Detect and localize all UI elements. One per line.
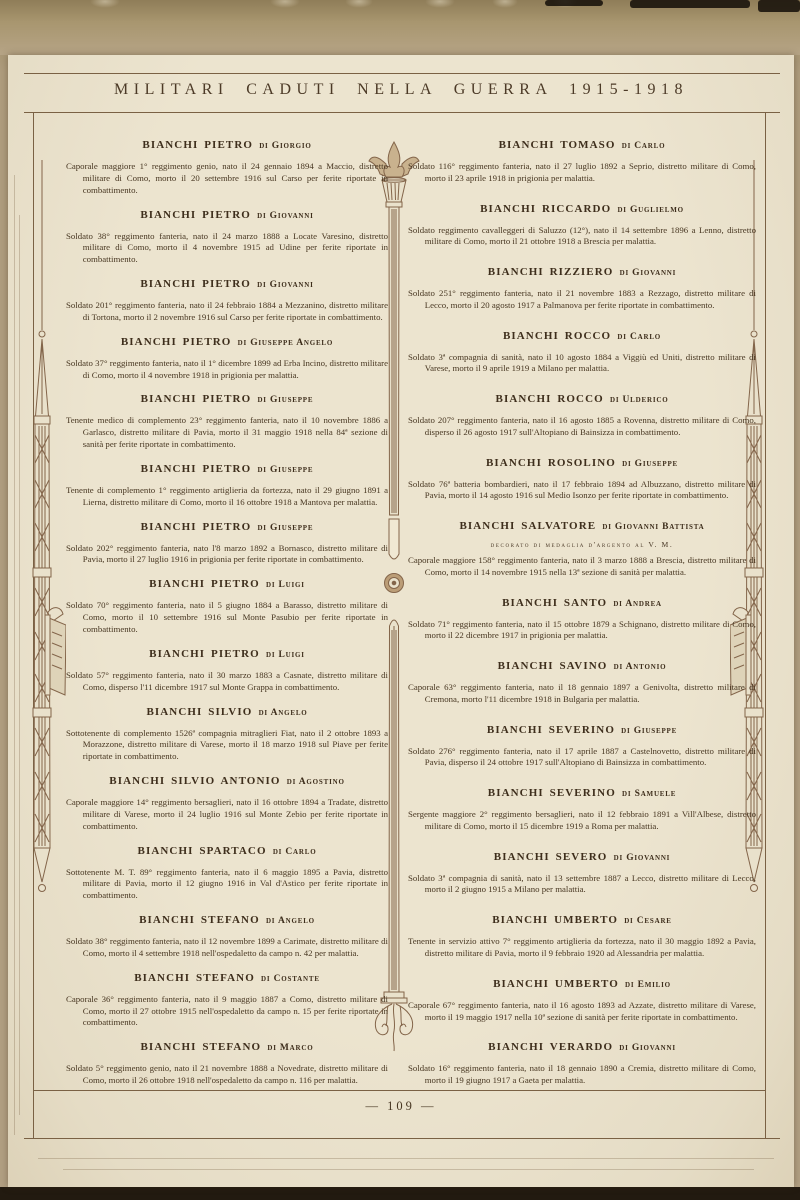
casualty-name: BIANCHI ROSOLINO [486,457,616,469]
casualty-description: Soldato 57° reggimento fanteria, nato il… [66,670,388,694]
casualty-entry: BIANCHI PIETRO di Giovanni Soldato 201° … [66,274,388,324]
casualty-father-name: di Luigi [263,580,305,590]
casualty-name: BIANCHI SAVINO [498,660,608,672]
casualty-name: BIANCHI RICCARDO [480,203,611,215]
casualty-description: Soldato 202° reggimento fanteria, nato l… [66,543,388,567]
casualty-description: Caporale maggiore 14° reggimento bersagl… [66,797,388,832]
casualty-entry: BIANCHI SANTO di Andrea Soldato 71° regg… [408,593,756,643]
casualty-father-name: di Luigi [263,650,305,660]
casualty-father-name: di Giovanni [610,853,670,863]
casualty-entry: BIANCHI STEFANO di Angelo Soldato 38° re… [66,910,388,960]
casualty-entry: BIANCHI SALVATORE di Giovanni Battista d… [408,516,756,579]
casualty-name-header: BIANCHI STEFANO di Costante [66,968,388,986]
casualty-description: Caporale 63° reggimento fanteria, nato i… [408,682,756,706]
casualty-name: BIANCHI SEVERINO [487,724,615,736]
casualty-name: BIANCHI PIETRO [121,336,232,348]
page-title: MILITARI CADUTI NELLA GUERRA 1915-1918 [8,81,794,99]
casualty-name-header: BIANCHI RICCARDO di Guglielmo [408,199,756,217]
header-rule-top [24,73,780,74]
casualty-father-name: di Andrea [610,599,662,609]
casualty-description: Soldato 5° reggimento genio, nato il 21 … [66,1063,388,1087]
header-rule-bottom [24,112,780,113]
casualty-entry: BIANCHI SEVERO di Giovanni Soldato 3ª co… [408,847,756,897]
casualty-name-header: BIANCHI SILVIO di Angelo [66,702,388,720]
casualty-entry: BIANCHI SPARTACO di Carlo Sottotenente M… [66,841,388,902]
memorial-register-page: MILITARI CADUTI NELLA GUERRA 1915-1918 —… [8,55,794,1187]
casualty-name: BIANCHI PIETRO [142,139,253,151]
page-edge-line [19,215,20,1115]
binding-bump [345,0,373,8]
spine-shadow-mark [758,0,800,12]
casualty-father-name: di Costante [258,974,320,984]
casualty-entry: BIANCHI RICCARDO di Guglielmo Soldato re… [408,199,756,249]
casualty-name-header: BIANCHI STEFANO di Angelo [66,910,388,928]
casualty-name: BIANCHI SEVERINO [488,787,616,799]
casualty-name-header: BIANCHI TOMASO di Carlo [408,135,756,153]
casualty-name: BIANCHI PIETRO [149,648,260,660]
casualty-description: Soldato 71° reggimento fanteria, nato il… [408,619,756,643]
binding-bump [425,0,455,8]
casualty-description: Soldato 207° reggimento fanteria, nato i… [408,415,756,439]
casualty-name-header: BIANCHI SAVINO di Antonio [408,656,756,674]
casualty-name: BIANCHI SILVIO [146,706,252,718]
casualty-entry: BIANCHI UMBERTO di Cesare Tenente in ser… [408,910,756,960]
casualty-description: Tenente medico di complemento 23° reggim… [66,415,388,450]
casualty-father-name: di Giuseppe [618,726,677,736]
casualty-father-name: di Agostino [284,777,345,787]
casualty-description: Soldato 70° reggimento fanteria, nato il… [66,600,388,635]
book-cover-edge [0,0,800,55]
spine-shadow-mark [630,0,750,8]
casualty-name-header: BIANCHI SEVERINO di Giuseppe [408,720,756,738]
casualty-name: BIANCHI SPARTACO [138,845,267,857]
casualty-description: Caporale 36° reggimento fanteria, nato i… [66,994,388,1029]
casualty-father-name: di Giovanni [254,280,314,290]
page-edge-line [38,1158,774,1159]
casualty-father-name: di Giovanni [254,211,314,221]
binding-bump [492,0,518,8]
casualty-entry: BIANCHI PIETRO di Giovanni Soldato 38° r… [66,205,388,266]
footer-rule [33,1090,766,1091]
casualty-father-name: di Giovanni [616,1043,676,1053]
casualty-entry: BIANCHI SAVINO di Antonio Caporale 63° r… [408,656,756,706]
casualty-description: Soldato reggimento cavalleggeri di Saluz… [408,225,756,249]
casualty-name: BIANCHI SANTO [502,597,607,609]
binding-bump [90,0,120,8]
casualty-name-header: BIANCHI PIETRO di Giovanni [66,205,388,223]
casualty-entry: BIANCHI ROCCO di Carlo Soldato 3ª compag… [408,326,756,376]
bottom-frame-rule [24,1138,780,1139]
casualty-description: Sergente maggiore 2° reggimento bersagli… [408,809,756,833]
casualty-name-header: BIANCHI SALVATORE di Giovanni Battista [408,516,756,534]
casualty-name-header: BIANCHI STEFANO di Marco [66,1037,388,1055]
casualty-column-left: BIANCHI PIETRO di Giorgio Caporale maggi… [66,135,388,1087]
casualty-column-right: BIANCHI TOMASO di Carlo Soldato 116° reg… [408,135,756,1087]
casualty-name-header: BIANCHI PIETRO di Giorgio [66,135,388,153]
casualty-father-name: di Giuseppe [254,465,313,475]
casualty-name: BIANCHI STEFANO [141,1041,262,1053]
casualty-entry: BIANCHI ROSOLINO di Giuseppe Soldato 76ª… [408,453,756,503]
casualty-entry: BIANCHI SILVIO ANTONIO di Agostino Capor… [66,771,388,832]
casualty-description: Tenente di complemento 1° reggimento art… [66,485,388,509]
casualty-name-header: BIANCHI ROSOLINO di Giuseppe [408,453,756,471]
casualty-name: BIANCHI TOMASO [499,139,616,151]
casualty-entry: BIANCHI UMBERTO di Emilio Caporale 67° r… [408,974,756,1024]
casualty-description: Soldato 37° reggimento fanteria, nato il… [66,358,388,382]
casualty-name: BIANCHI PIETRO [140,278,251,290]
casualty-name-header: BIANCHI PIETRO di Giuseppe [66,389,388,407]
casualty-entry: BIANCHI STEFANO di Costante Caporale 36°… [66,968,388,1029]
casualty-name: BIANCHI RIZZIERO [488,266,614,278]
casualty-name: BIANCHI SALVATORE [459,520,596,532]
casualty-name-header: BIANCHI RIZZIERO di Giovanni [408,262,756,280]
book-cover-edge-bottom [0,1187,800,1200]
casualty-name-header: BIANCHI UMBERTO di Emilio [408,974,756,992]
casualty-entry: BIANCHI SEVERINO di Samuele Sergente mag… [408,783,756,833]
casualty-entry: BIANCHI STEFANO di Marco Soldato 5° regg… [66,1037,388,1087]
casualty-father-name: di Giorgio [256,141,312,151]
casualty-name: BIANCHI ROCCO [496,393,604,405]
casualty-name-header: BIANCHI ROCCO di Carlo [408,326,756,344]
page-number: — 109 — [8,1099,794,1114]
casualty-name: BIANCHI VERARDO [488,1041,613,1053]
casualty-description: Soldato 3ª compagnia di sanità, nato il … [408,873,756,897]
casualty-name: BIANCHI ROCCO [503,330,611,342]
casualty-description: Soldato 16° reggimento fanteria, nato il… [408,1063,756,1087]
casualty-description: Soldato 116° reggimento fanteria, nato i… [408,161,756,185]
casualty-father-name: di Samuele [619,789,676,799]
casualty-father-name: di Emilio [622,980,671,990]
casualty-entry: BIANCHI SEVERINO di Giuseppe Soldato 276… [408,720,756,770]
casualty-name-header: BIANCHI PIETRO di Luigi [66,644,388,662]
casualty-father-name: di Giovanni [616,268,676,278]
casualty-name: BIANCHI PIETRO [141,393,252,405]
casualty-father-name: di Marco [264,1043,313,1053]
casualty-description: Tenente in servizio attivo 7° reggimento… [408,936,756,960]
casualty-father-name: di Carlo [270,847,317,857]
casualty-description: Soldato 76ª batteria bombardieri, nato i… [408,479,756,503]
casualty-father-name: di Giuseppe Angelo [234,338,333,348]
casualty-father-name: di Guglielmo [614,205,684,215]
page-edge-line [63,1169,754,1170]
casualty-entry: BIANCHI VERARDO di Giovanni Soldato 16° … [408,1037,756,1087]
casualty-description: Soldato 38° reggimento fanteria, nato il… [66,936,388,960]
binding-bump [270,0,300,8]
page-edge-line [14,175,15,1135]
casualty-name-header: BIANCHI PIETRO di Giuseppe Angelo [66,332,388,350]
casualty-honor-line: decorato di medaglia d'argento al V. M. [408,540,756,549]
casualty-name: BIANCHI PIETRO [141,521,252,533]
casualty-name-header: BIANCHI VERARDO di Giovanni [408,1037,756,1055]
casualty-name: BIANCHI STEFANO [134,972,255,984]
casualty-father-name: di Carlo [619,141,666,151]
casualty-entry: BIANCHI PIETRO di Giorgio Caporale maggi… [66,135,388,196]
casualty-entry: BIANCHI PIETRO di Luigi Soldato 70° regg… [66,574,388,635]
casualty-description: Soldato 276° reggimento fanteria, nato i… [408,746,756,770]
casualty-entry: BIANCHI RIZZIERO di Giovanni Soldato 251… [408,262,756,312]
casualty-description: Caporale 67° reggimento fanteria, nato i… [408,1000,756,1024]
casualty-entry: BIANCHI TOMASO di Carlo Soldato 116° reg… [408,135,756,185]
casualty-entry: BIANCHI PIETRO di Giuseppe Tenente di co… [66,459,388,509]
casualty-description: Soldato 38° reggimento fanteria, nato il… [66,231,388,266]
casualty-description: Soldato 251° reggimento fanteria, nato i… [408,288,756,312]
casualty-father-name: di Carlo [614,332,661,342]
casualty-father-name: di Giovanni Battista [599,522,704,532]
casualty-description: Soldato 201° reggimento fanteria, nato i… [66,300,388,324]
casualty-name-header: BIANCHI SPARTACO di Carlo [66,841,388,859]
casualty-entry: BIANCHI PIETRO di Giuseppe Angelo Soldat… [66,332,388,382]
casualty-father-name: di Giuseppe [254,395,313,405]
casualty-description: Caporale maggiore 158° reggimento fanter… [408,555,756,579]
casualty-father-name: di Antonio [610,662,666,672]
casualty-name-header: BIANCHI PIETRO di Luigi [66,574,388,592]
casualty-name: BIANCHI STEFANO [139,914,260,926]
casualty-name-header: BIANCHI SILVIO ANTONIO di Agostino [66,771,388,789]
casualty-father-name: di Ulderico [607,395,669,405]
casualty-name: BIANCHI SILVIO ANTONIO [109,775,280,787]
casualty-name: BIANCHI PIETRO [141,463,252,475]
casualty-name: BIANCHI PIETRO [140,209,251,221]
frame-border-right [765,112,766,1138]
casualty-name-header: BIANCHI PIETRO di Giuseppe [66,459,388,477]
casualty-name-header: BIANCHI ROCCO di Ulderico [408,389,756,407]
casualty-entry: BIANCHI PIETRO di Giuseppe Tenente medic… [66,389,388,450]
casualty-name: BIANCHI UMBERTO [493,978,619,990]
casualty-name-header: BIANCHI SANTO di Andrea [408,593,756,611]
casualty-description: Sottotenente M. T. 89° reggimento fanter… [66,867,388,902]
casualty-entry: BIANCHI ROCCO di Ulderico Soldato 207° r… [408,389,756,439]
casualty-entry: BIANCHI PIETRO di Giuseppe Soldato 202° … [66,517,388,567]
fasces-ornament-left-icon [18,160,66,900]
casualty-name: BIANCHI UMBERTO [492,914,618,926]
casualty-father-name: di Angelo [255,708,307,718]
frame-border-left [33,112,34,1138]
casualty-description: Caporale maggiore 1° reggimento genio, n… [66,161,388,196]
casualty-name: BIANCHI PIETRO [149,578,260,590]
casualty-entry: BIANCHI PIETRO di Luigi Soldato 57° regg… [66,644,388,694]
casualty-name-header: BIANCHI UMBERTO di Cesare [408,910,756,928]
casualty-name-header: BIANCHI SEVERO di Giovanni [408,847,756,865]
casualty-entry: BIANCHI SILVIO di Angelo Sottotenente di… [66,702,388,763]
casualty-father-name: di Cesare [621,916,672,926]
casualty-name: BIANCHI SEVERO [494,851,608,863]
casualty-description: Soldato 3ª compagnia di sanità, nato il … [408,352,756,376]
spine-shadow-mark [545,0,603,6]
casualty-name-header: BIANCHI SEVERINO di Samuele [408,783,756,801]
casualty-father-name: di Angelo [263,916,315,926]
casualty-father-name: di Giuseppe [619,459,678,469]
casualty-description: Sottotenente di complemento 1526ª compag… [66,728,388,763]
casualty-father-name: di Giuseppe [254,523,313,533]
casualty-name-header: BIANCHI PIETRO di Giuseppe [66,517,388,535]
casualty-name-header: BIANCHI PIETRO di Giovanni [66,274,388,292]
